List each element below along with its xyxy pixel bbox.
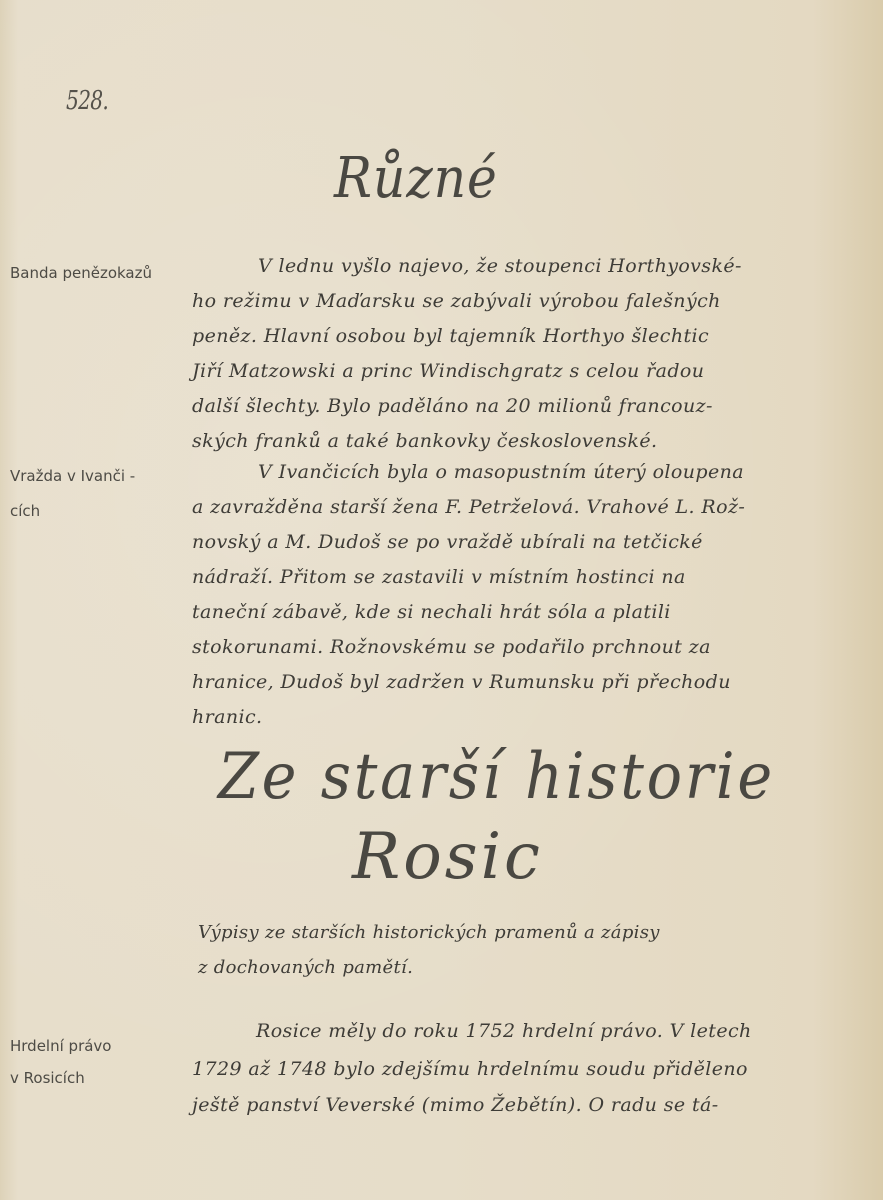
entry-2-line-4: nádraží. Přitom se zastavili v místním h… [192, 566, 686, 588]
entry-2-line-2: a zavražděna starší žena F. Petrželová. … [192, 496, 745, 518]
margin-note-hrdelni-pravo-line-2: v Rosicích [10, 1062, 85, 1095]
margin-note-vrazda-line-2: cích [10, 495, 40, 528]
entry-1-line-6: ských franků a také bankovky českosloven… [192, 430, 657, 452]
margin-note-banda-penezokazu: Banda penězokazů [10, 257, 152, 290]
entry-2-line-5: taneční zábavě, kde si nechali hrát sóla… [192, 601, 671, 623]
entry-2-line-7: hranice, Dudoš byl zadržen v Rumunsku př… [192, 671, 731, 693]
section-title-ruzne: Různé [334, 146, 498, 211]
entry-1-line-1: V lednu vyšlo najevo, že stoupenci Horth… [258, 255, 742, 277]
entry-1-line-2: ho režimu v Maďarsku se zabývali výrobou… [192, 290, 721, 312]
entry-3-line-2: 1729 až 1748 bylo zdejšímu hrdelnímu sou… [192, 1058, 748, 1080]
chapter-subtitle-line-1: Výpisy ze starších historických pramenů … [198, 922, 660, 943]
entry-1-line-4: Jiří Matzowski a princ Windischgratz s c… [192, 360, 704, 382]
entry-2-line-1: V Ivančicích byla o masopustním úterý ol… [258, 461, 744, 483]
chapter-title-line-1: Ze starší historie [218, 740, 775, 814]
margin-note-hrdelni-pravo-line-1: Hrdelní právo [10, 1030, 111, 1063]
entry-1-line-5: další šlechty. Bylo paděláno na 20 milio… [192, 395, 713, 417]
entry-3-line-3: ještě panství Veverské (mimo Žebětín). O… [192, 1094, 719, 1116]
entry-1-line-3: peněz. Hlavní osobou byl tajemník Horthy… [192, 325, 709, 347]
entry-2-line-3: novský a M. Dudoš se po vraždě ubírali n… [192, 531, 703, 553]
chapter-subtitle-line-2: z dochovaných pamětí. [198, 957, 413, 978]
chapter-title-line-2: Rosic [352, 820, 543, 894]
manuscript-page: 528. Různé Banda penězokazů V lednu vyšl… [0, 0, 883, 1200]
margin-note-vrazda-line-1: Vražda v Ivanči - [10, 460, 135, 493]
entry-3-line-1: Rosice měly do roku 1752 hrdelní právo. … [256, 1020, 752, 1042]
page-number: 528. [66, 86, 108, 116]
entry-2-line-8: hranic. [192, 706, 262, 728]
entry-2-line-6: stokorunami. Rožnovskému se podařilo prc… [192, 636, 711, 658]
